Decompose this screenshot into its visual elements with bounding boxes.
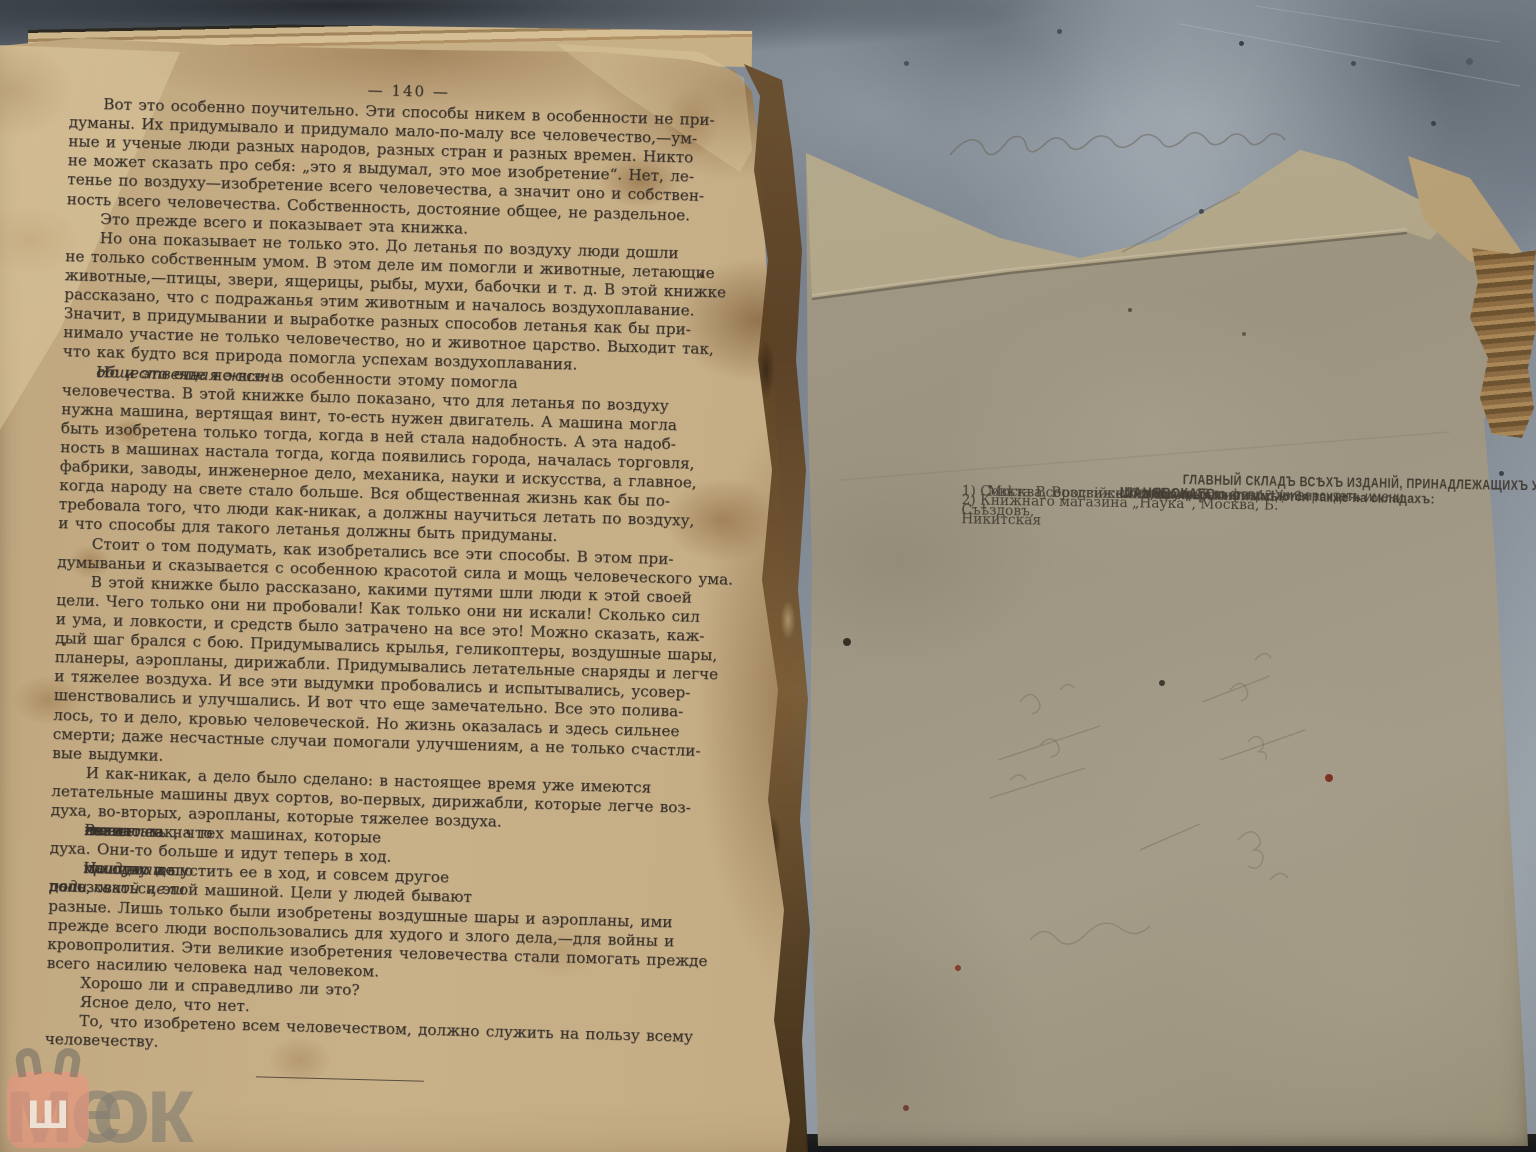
- photo-open-book: — 140 — Вот это особенно поучительно. Эт…: [0, 0, 1536, 1152]
- shopping-bag-icon: ш: [7, 1072, 89, 1148]
- watermark-text-right: ок: [92, 1072, 189, 1148]
- stain-specks: [0, 0, 4, 4]
- list-item: 2) Книжнаго магазина „Наука“, Москва, Б.…: [961, 491, 1350, 536]
- pencil-scribbles: [0, 0, 1536, 1152]
- watermark-bag-letter: ш: [7, 1072, 89, 1148]
- watermark-logo: мешок: [4, 1072, 294, 1152]
